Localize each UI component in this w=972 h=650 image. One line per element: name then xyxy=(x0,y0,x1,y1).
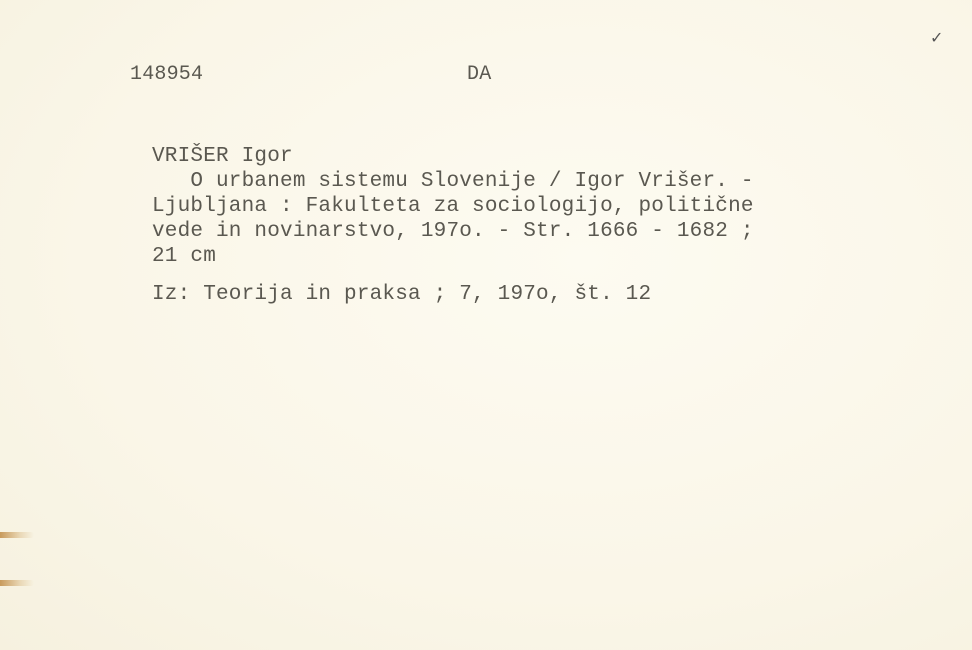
source-note: Iz: Teorija in praksa ; 7, 197o, št. 12 xyxy=(152,282,651,307)
entry-line-pages: vede in novinarstvo, 197o. - Str. 1666 -… xyxy=(152,219,754,244)
catalog-card: 148954 DA ✓ VRIŠER Igor O urbanem sistem… xyxy=(0,0,972,650)
entry-line-title: O urbanem sistemu Slovenije / Igor Vriše… xyxy=(152,169,754,194)
accession-number: 148954 xyxy=(130,62,203,87)
entry-line-size: 21 cm xyxy=(152,244,216,269)
edge-stain xyxy=(0,580,34,586)
edge-stain xyxy=(0,532,34,538)
entry-line-publisher: Ljubljana : Fakulteta za sociologijo, po… xyxy=(152,194,754,219)
check-mark-icon: ✓ xyxy=(930,28,943,47)
entry-heading: VRIŠER Igor xyxy=(152,144,293,169)
card-code: DA xyxy=(467,62,491,87)
